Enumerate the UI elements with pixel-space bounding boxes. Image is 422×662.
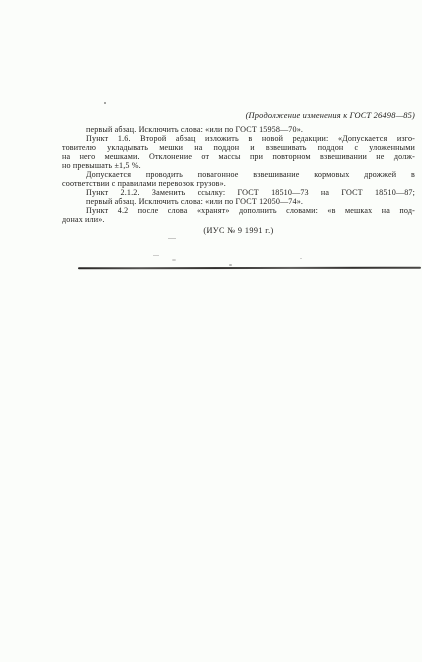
text-line: Пункт 1.6. Второй абзац изложить в новой… — [62, 134, 415, 143]
continuation-header: (Продолжение изменения к ГОСТ 26498—85) — [62, 111, 415, 121]
horizontal-rule — [78, 267, 421, 270]
scan-speck — [168, 238, 176, 239]
text-line: первый абзац. Исключить слова: «или по Г… — [62, 125, 415, 134]
text-line: донах или». — [62, 215, 415, 224]
scan-speck — [153, 255, 159, 256]
scanned-document-page: (Продолжение изменения к ГОСТ 26498—85) … — [0, 0, 422, 662]
text-line: Допускается проводить повагонное взвешив… — [62, 170, 415, 179]
text-line: но превышать ±1,5 %. — [62, 161, 415, 170]
text-line: первый абзац. Исключить слова: «или по Г… — [62, 197, 415, 206]
scan-speck — [300, 258, 302, 259]
scan-speck — [229, 264, 232, 266]
text-line: Пункт 4.2 после слова «хранят» дополнить… — [62, 206, 415, 215]
scan-speck — [104, 102, 106, 104]
document-body: первый абзац. Исключить слова: «или по Г… — [62, 125, 415, 224]
scan-speck — [172, 259, 176, 261]
text-line: на него мешками. Отклонение от массы при… — [62, 152, 415, 161]
text-line: Пункт 2.1.2. Заменить ссылку: ГОСТ 18510… — [62, 188, 415, 197]
ius-reference: (ИУС № 9 1991 г.) — [62, 226, 415, 236]
text-line: товителю укладывать мешки на поддон и вз… — [62, 143, 415, 152]
text-line: соответствии с правилами перевозок грузо… — [62, 179, 415, 188]
